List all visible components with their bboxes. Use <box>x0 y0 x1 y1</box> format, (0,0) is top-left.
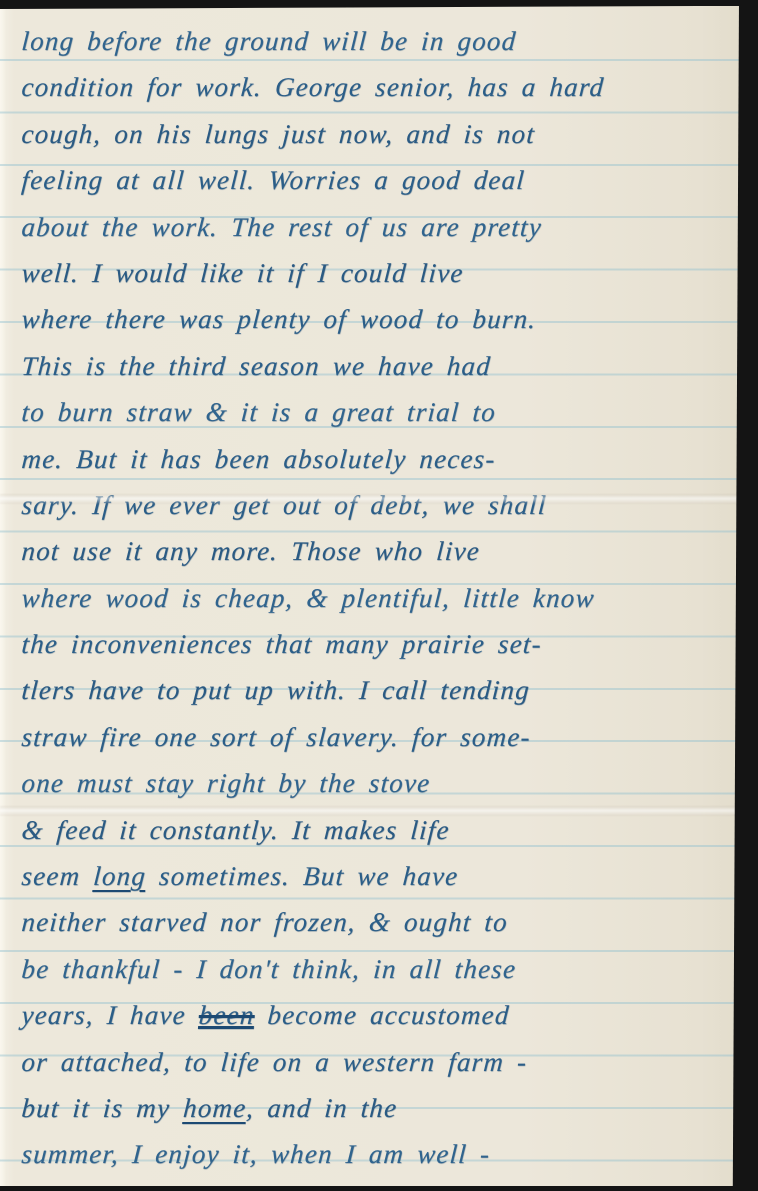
letter-line: This is the third season we have had <box>20 343 715 389</box>
line-text: feeling at all well. Worries a good deal <box>21 165 527 195</box>
letter-line: to burn straw & it is a great trial to <box>20 389 715 435</box>
letter-page: long before the ground will be in goodco… <box>0 6 742 1186</box>
letter-line: seem long sometimes. But we have <box>20 853 715 899</box>
letter-line: tlers have to put up with. I call tendin… <box>20 667 715 713</box>
letter-line: be thankful - I don't think, in all thes… <box>20 946 715 992</box>
line-text: where there was plenty of wood to burn. <box>21 304 538 334</box>
line-text: where wood is cheap, & plentiful, little… <box>21 583 596 613</box>
line-text: about the work. The rest of us are prett… <box>21 212 544 242</box>
letter-line: straw fire one sort of slavery. for some… <box>20 714 715 760</box>
line-text: This is the third season we have had <box>21 351 493 381</box>
letter-line: the inconveniences that many prairie set… <box>20 621 715 667</box>
underlined-word: long <box>92 861 147 891</box>
letter-line: where there was plenty of wood to burn. <box>20 296 715 342</box>
line-text: one must stay right by the stove <box>21 768 432 798</box>
line-text: sometimes. But we have <box>145 861 459 891</box>
letter-line: condition for work. George senior, has a… <box>20 64 715 110</box>
line-text: summer, I enjoy it, when I am well - <box>21 1139 492 1169</box>
line-text: be thankful - I don't think, in all thes… <box>21 954 518 984</box>
letter-text: long before the ground will be in goodco… <box>0 6 742 1186</box>
scanned-letter: long before the ground will be in goodco… <box>0 0 758 1191</box>
line-text: , and in the <box>245 1093 398 1123</box>
line-text: tlers have to put up with. I call tendin… <box>21 675 532 705</box>
letter-line: where wood is cheap, & plentiful, little… <box>20 575 715 621</box>
line-text: straw fire one sort of slavery. for some… <box>21 722 532 752</box>
struck-word: been <box>198 1000 256 1030</box>
letter-line: sary. If we ever get out of debt, we sha… <box>20 482 715 528</box>
letter-line: long before the ground will be in good <box>20 18 715 64</box>
letter-line: me. But it has been absolutely neces- <box>20 436 715 482</box>
scan-edge-bottom <box>0 1186 758 1191</box>
letter-line: about the work. The rest of us are prett… <box>20 204 715 250</box>
letter-line: or attached, to life on a western farm - <box>20 1039 715 1085</box>
line-text: not use it any more. Those who live <box>21 536 482 566</box>
line-text: condition for work. George senior, has a… <box>21 72 606 102</box>
letter-line: years, I have been become accustomed <box>20 992 715 1038</box>
fold-crease <box>0 806 742 816</box>
line-text: well. I would like it if I could live <box>21 258 465 288</box>
line-text: but it is my <box>21 1093 185 1123</box>
letter-line: neither starved nor frozen, & ought to <box>20 899 715 945</box>
letter-line: but it is my home, and in the <box>20 1085 715 1131</box>
underlined-word: home <box>182 1093 247 1123</box>
line-text: seem <box>21 861 95 891</box>
line-text: to burn straw & it is a great trial to <box>21 397 498 427</box>
letter-line: summer, I enjoy it, when I am well - <box>20 1131 715 1177</box>
line-text: cough, on his lungs just now, and is not <box>21 119 537 149</box>
letter-line: one must stay right by the stove <box>20 760 715 806</box>
line-text: the inconveniences that many prairie set… <box>21 629 543 659</box>
line-text: me. But it has been absolutely neces- <box>21 444 497 474</box>
letter-line: feeling at all well. Worries a good deal <box>20 157 715 203</box>
line-text: & feed it constantly. It makes life <box>21 815 451 845</box>
line-text: or attached, to life on a western farm - <box>21 1047 529 1077</box>
line-text: neither starved nor frozen, & ought to <box>21 907 509 937</box>
letter-line: cough, on his lungs just now, and is not <box>20 111 715 157</box>
line-text: long before the ground will be in good <box>21 26 518 56</box>
line-text: years, I have <box>21 1000 200 1030</box>
fold-crease <box>0 494 742 504</box>
letter-line: not use it any more. Those who live <box>20 528 715 574</box>
line-text: become accustomed <box>254 1000 511 1030</box>
letter-line: well. I would like it if I could live <box>20 250 715 296</box>
